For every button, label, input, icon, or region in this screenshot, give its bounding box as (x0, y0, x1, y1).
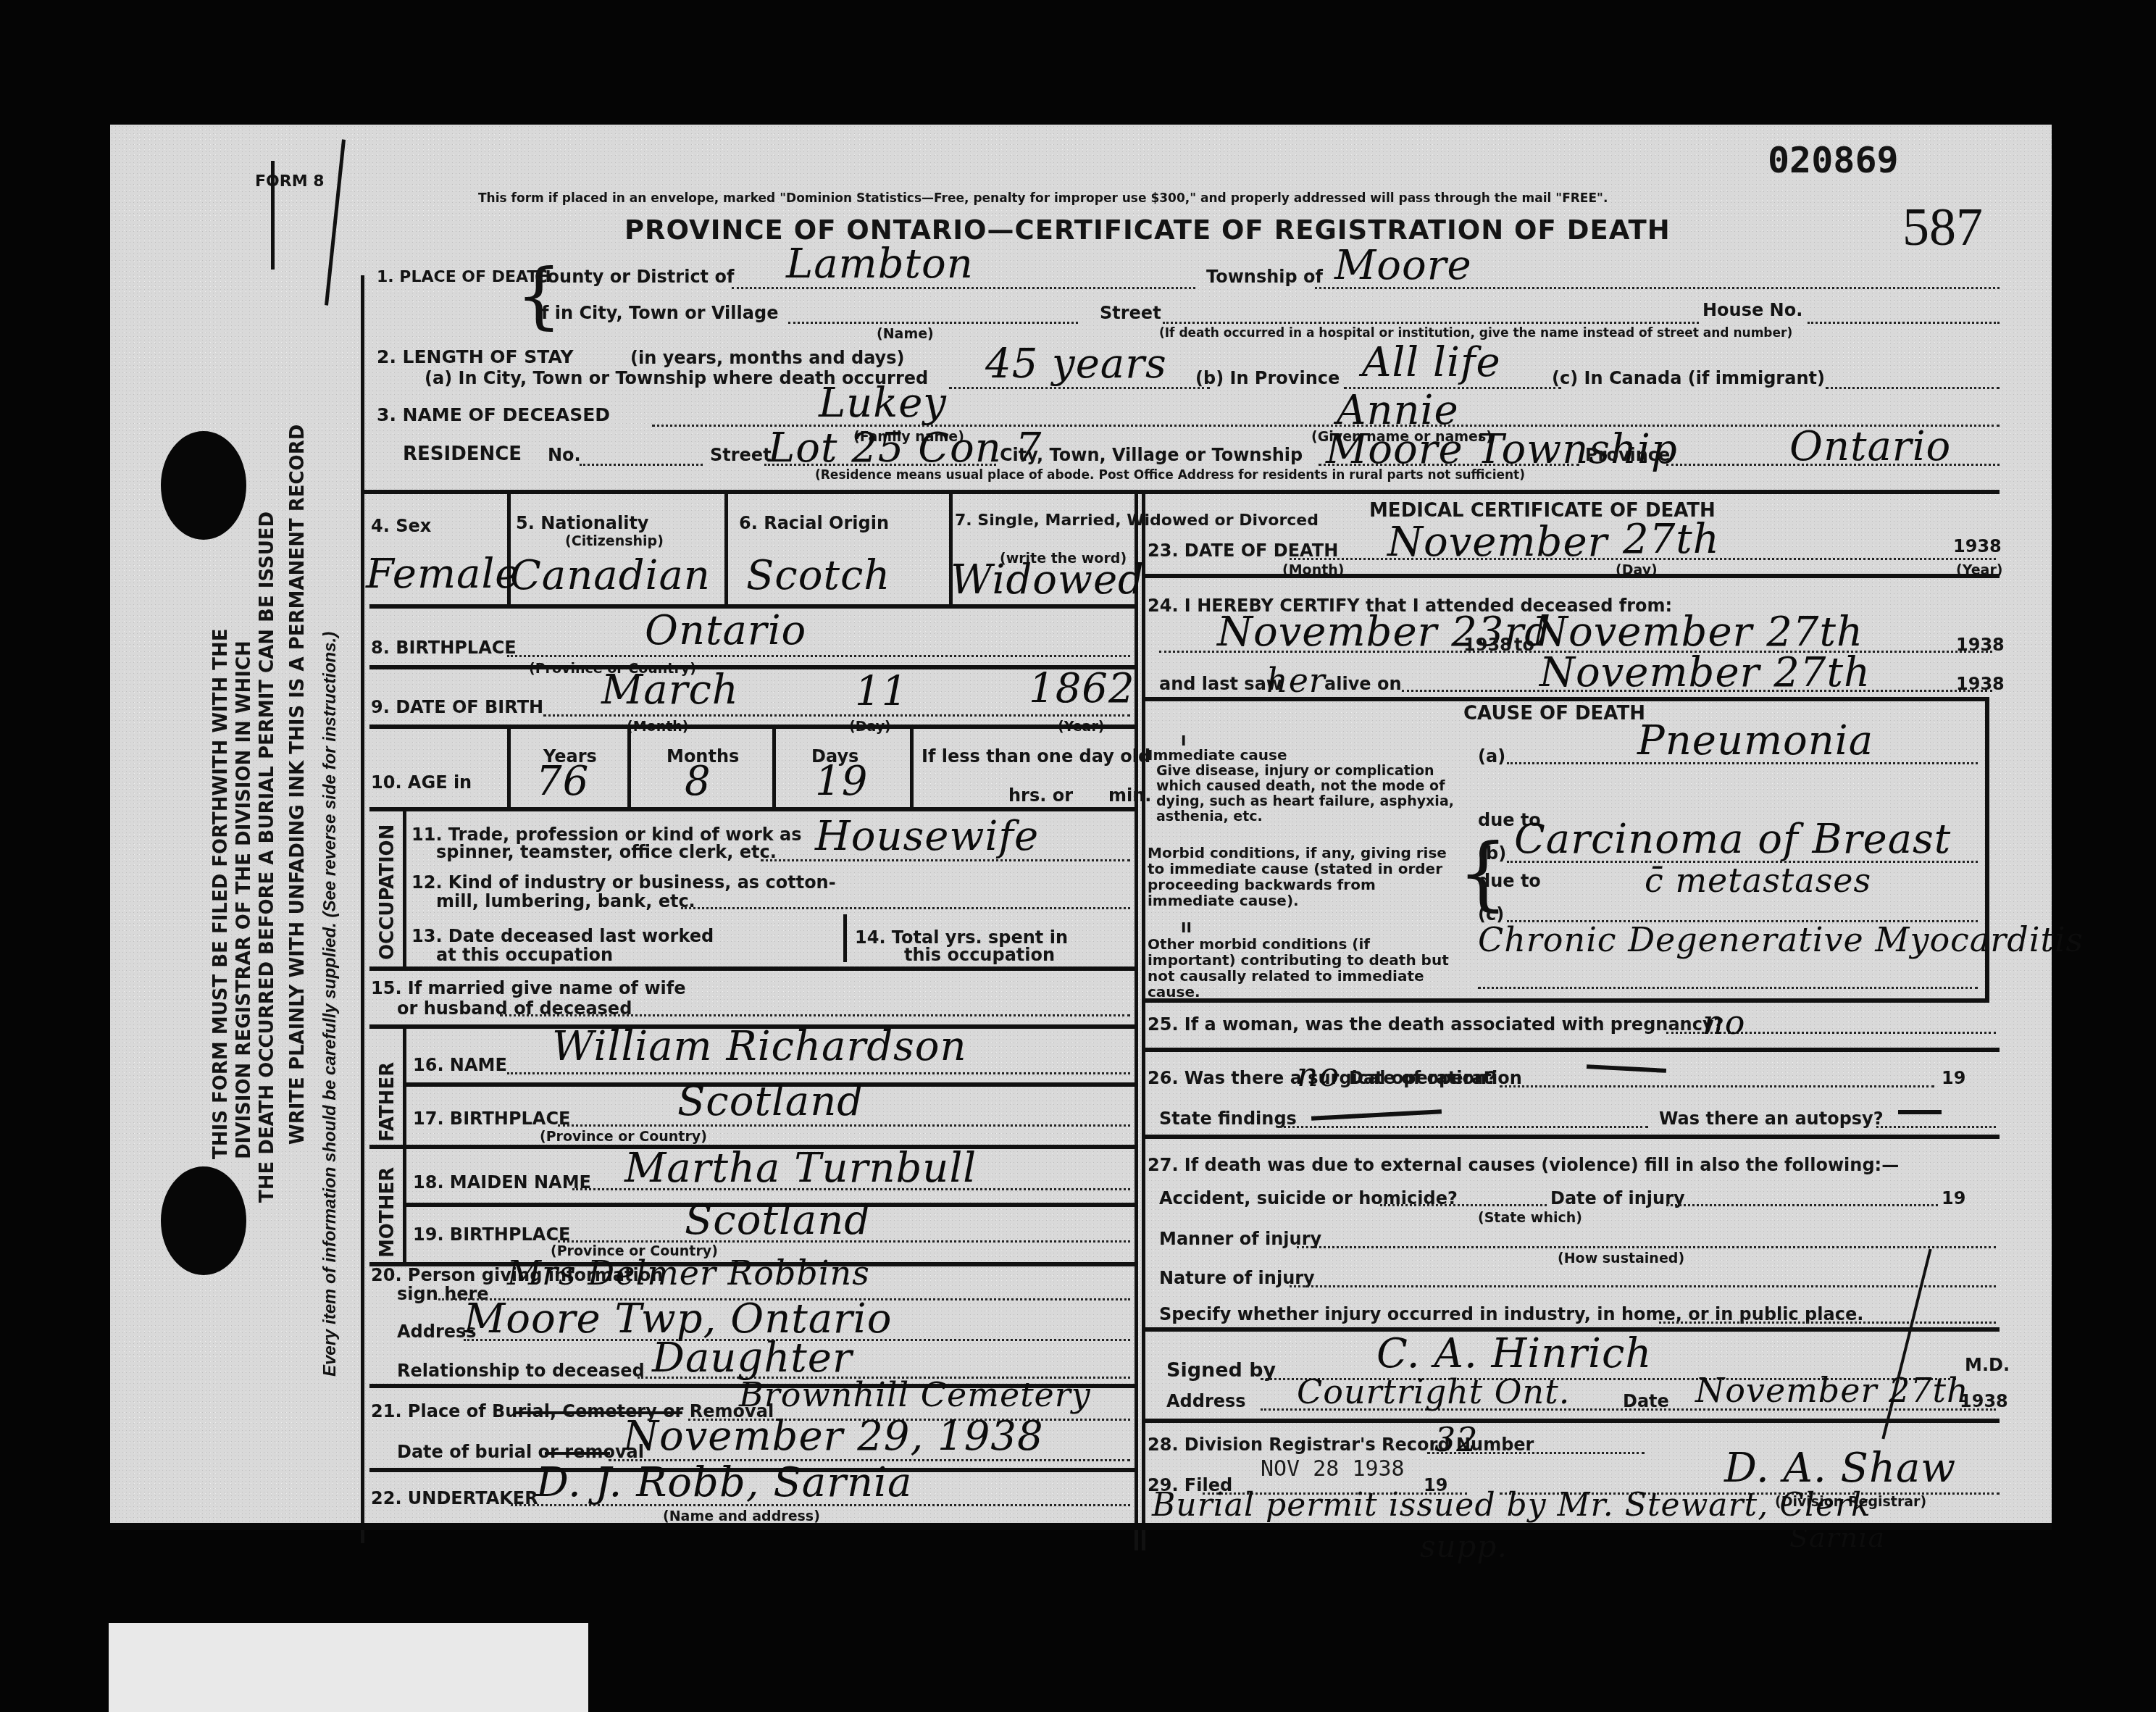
stay-province-label: (b) In Province (1195, 368, 1340, 388)
injury-year-prefix: 19 (1942, 1188, 1965, 1208)
residence-street-label: Street (710, 445, 772, 465)
row-divider (369, 966, 1135, 971)
operation-year-prefix: 19 (1942, 1068, 1965, 1088)
deceased-name-label: 3. NAME OF DECEASED (377, 404, 610, 425)
dod-year: 1938 (1953, 536, 2002, 556)
page-number: 587 (1902, 197, 1983, 259)
father-birthplace-value: Scotland (677, 1078, 864, 1125)
section-divider (361, 490, 2000, 494)
alive-on-label: alive on (1324, 674, 1402, 694)
serial-number: 020869 (1768, 139, 1899, 181)
box-divider (627, 727, 631, 807)
box-divider (403, 811, 406, 967)
attended-from-year: 1938 (1463, 635, 1512, 655)
burial-permit-note: Burial permit issued by Mr. Stewart, Cle… (1152, 1487, 1871, 1524)
deceased-family-name: Lukey (819, 380, 947, 427)
spouse-line (500, 1014, 1130, 1016)
dob-label: 9. DATE OF BIRTH (371, 697, 543, 717)
column-divider (1135, 493, 1138, 1550)
nationality-label: 5. Nationality (516, 513, 649, 533)
stay-canada-line (1826, 387, 2000, 389)
stay-city-value: 45 years (985, 341, 1167, 388)
punch-hole-bottom (161, 1166, 246, 1275)
filed-date-stamp: NOV 28 1938 (1261, 1456, 1405, 1482)
racial-origin-label: 6. Racial Origin (739, 513, 889, 533)
length-of-stay-label: 2. LENGTH OF STAY (377, 346, 574, 367)
autopsy-label: Was there an autopsy? (1659, 1108, 1884, 1129)
residence-province-value: Ontario (1789, 423, 1951, 470)
dob-line (543, 714, 1130, 717)
residence-city-label: City, Town, Village or Township (1000, 445, 1303, 465)
row-divider (1145, 1048, 2000, 1052)
residence-label: RESIDENCE (403, 443, 522, 465)
signed-by-label: Signed by (1166, 1359, 1276, 1382)
last-worked-label-1: 13. Date deceased last worked (411, 926, 714, 946)
residence-hint: (Residence means usual place of abode. P… (815, 468, 1525, 483)
state-which-hint: (State which) (1478, 1210, 1582, 1226)
trade-label-2: spinner, teamster, office clerk, etc. (436, 842, 777, 862)
age-days-value: 19 (815, 758, 868, 805)
burial-date-value: November 29, 1938 (623, 1413, 1044, 1460)
last-saw-label: and last saw (1159, 674, 1282, 694)
scan-edge (110, 1523, 2052, 1530)
mother-birthplace-value: Scotland (685, 1197, 871, 1244)
specify-line (1659, 1321, 1996, 1324)
residence-no-label: No. (548, 445, 581, 465)
row-divider (1145, 1419, 2000, 1423)
occupation-side-label: OCCUPATION (377, 824, 398, 960)
check-mark-stroke (271, 161, 275, 270)
city-label: If in City, Town or Village (535, 303, 778, 323)
operation-date-label: Date of operation (1349, 1068, 1522, 1088)
findings-line (1279, 1126, 1648, 1128)
box-divider (910, 727, 914, 807)
age-label: 10. AGE in (371, 772, 472, 793)
box-divider (843, 914, 847, 962)
stay-province-value: All life (1362, 339, 1501, 386)
relationship-label: Relationship to deceased (397, 1361, 645, 1381)
industry-label-1: 12. Kind of industry or business, as cot… (411, 872, 836, 893)
strikethrough (545, 1452, 610, 1455)
burial-place-value: Brownhill Cemetery (739, 1375, 1091, 1414)
signed-by-value: C. A. Hinrich (1376, 1330, 1652, 1377)
box-divider (403, 1149, 406, 1265)
mother-birthplace-label: 19. BIRTHPLACE (413, 1224, 570, 1245)
informant-signature: Mrs Delmer Robbins (507, 1253, 870, 1293)
age-hours-label: hrs. or (1008, 785, 1073, 806)
township-value: Moore (1334, 242, 1472, 289)
punch-hole-top (161, 431, 246, 540)
row-divider (369, 807, 1135, 811)
other-conditions-hint: Other morbid conditions (if important) c… (1148, 936, 1452, 1000)
house-no-label: House No. (1702, 300, 1802, 320)
alive-on-value: November 27th (1539, 649, 1871, 696)
street-line (1163, 322, 1699, 324)
pregnancy-value: no (1702, 1003, 1745, 1042)
form-label: FORM 8 (255, 172, 325, 191)
county-value: Lambton (786, 241, 974, 288)
doctor-date-value: November 27th (1695, 1371, 1969, 1410)
industry-line (681, 907, 1130, 909)
city-line (788, 322, 1078, 324)
alive-on-year: 1938 (1956, 674, 2005, 694)
township-label: Township of (1206, 267, 1323, 287)
mail-notice: This form if placed in an envelope, mark… (478, 191, 1608, 206)
autopsy-line (1876, 1126, 1996, 1128)
column-divider-inner (1142, 493, 1145, 1550)
stay-canada-label: (c) In Canada (if immigrant) (1552, 368, 1825, 388)
morbid-hint: Morbid conditions, if any, giving rise t… (1148, 845, 1452, 909)
place-of-death-label: 1. PLACE OF DEATH (377, 268, 464, 287)
side-text-line5: Every item of information should be care… (320, 632, 340, 1377)
name-hint: (Name) (877, 326, 934, 342)
box-divider (772, 727, 776, 807)
doctor-date-label: Date (1623, 1391, 1669, 1411)
father-name-label: 16. NAME (413, 1055, 507, 1075)
nationality-value: Canadian (510, 552, 711, 599)
side-text-line3: THE DEATH OCCURRED BEFORE A BURIAL PERMI… (256, 511, 278, 1203)
length-of-stay-hint: (in years, months and days) (630, 348, 904, 368)
manner-line (1297, 1246, 1996, 1248)
side-text-line4: WRITE PLAINLY WITH UNFADING INK THIS IS … (287, 425, 309, 1145)
age-months-value: 8 (685, 758, 711, 805)
last-saw-value: her (1266, 661, 1326, 700)
dob-year: 1862 (1029, 665, 1135, 712)
doctor-address-value: Courtright Ont. (1297, 1372, 1570, 1411)
county-label: County or District of (535, 267, 734, 287)
surgery-value: no (1297, 1055, 1340, 1094)
immediate-title: Immediate cause (1148, 746, 1287, 764)
undertaker-hint: (Name and address) (663, 1508, 820, 1524)
cause-a-label: (a) (1478, 746, 1505, 767)
dob-month: March (601, 667, 739, 714)
sex-value: Female (366, 551, 519, 598)
doctor-date-year: 1938 (1960, 1391, 2008, 1411)
injury-date-line (1666, 1204, 1938, 1206)
total-years-label-2: this occupation (904, 945, 1055, 965)
findings-label: State findings (1159, 1108, 1297, 1129)
dash-mark (1898, 1110, 1942, 1114)
house-no-line (1808, 322, 2000, 324)
father-name-line (507, 1072, 1130, 1074)
spouse-label-1: 15. If married give name of wife (371, 978, 686, 998)
dod-month: November (1387, 519, 1608, 566)
accident-line (1380, 1204, 1547, 1206)
external-causes-label: 27. If death was due to external causes … (1148, 1155, 1899, 1175)
doctor-address-label: Address (1166, 1391, 1246, 1411)
last-worked-label-2: at this occupation (436, 945, 613, 965)
record-number-value: 32 (1434, 1420, 1479, 1459)
box-divider (507, 727, 511, 807)
row-divider (369, 725, 1135, 729)
other-conditions-value: Chronic Degenerative Myocarditis (1478, 920, 2084, 959)
nationality-hint: (Citizenship) (565, 533, 664, 549)
hospital-hint: (If death occurred in a hospital or inst… (1159, 326, 1792, 341)
undertaker-value: D. J. Robb, Sarnia (536, 1459, 912, 1506)
side-text-line1: THIS FORM MUST BE FILED FORTHWITH WITH T… (210, 628, 232, 1159)
immediate-hint: Give disease, injury or complication whi… (1156, 764, 1461, 824)
marital-status-label: 7. Single, Married, Widowed or Divorced (955, 511, 1136, 530)
box-divider (403, 1029, 406, 1148)
operation-date-line (1500, 1085, 1934, 1087)
md-label: M.D. (1965, 1355, 2010, 1375)
mother-maiden-label: 18. MAIDEN NAME (413, 1172, 591, 1193)
cause-a-value: Pneumonia (1637, 717, 1873, 764)
cause-b-value: Carcinoma of Breast (1514, 816, 1951, 863)
nature-line (1290, 1285, 1996, 1287)
row-divider (1145, 574, 2000, 578)
row-divider (369, 665, 1135, 669)
industry-label-2: mill, lumbering, bank, etc. (436, 891, 695, 911)
residence-no-line (580, 464, 703, 466)
father-birthplace-hint: (Province or Country) (540, 1129, 707, 1145)
mother-side-label: MOTHER (377, 1167, 398, 1258)
due-to-label-2: due to (1478, 871, 1541, 891)
how-sustained-hint: (How sustained) (1558, 1250, 1684, 1266)
attended-to-year: 1938 (1956, 635, 2005, 655)
injury-date-label: Date of injury (1550, 1188, 1685, 1208)
scan-leader-strip (109, 1623, 588, 1712)
row-divider (1145, 1135, 2000, 1139)
side-text-line2: DIVISION REGISTRAR OF THE DIVISION IN WH… (233, 640, 255, 1159)
attended-to-label: to (1514, 635, 1534, 655)
trade-value: Housewife (815, 813, 1039, 860)
dod-day: 27th (1623, 516, 1720, 563)
marital-status-value: Widowed (950, 556, 1145, 604)
other-conditions-line (1478, 987, 1978, 989)
birthplace-line (507, 655, 1130, 657)
birthplace-label: 8. BIRTHPLACE (371, 638, 517, 658)
dob-day: 11 (855, 668, 908, 715)
age-years-value: 76 (536, 758, 589, 805)
burial-permit-note-supp: supp. (1420, 1529, 1508, 1564)
certificate-title: PROVINCE OF ONTARIO—CERTIFICATE OF REGIS… (624, 214, 1671, 246)
mother-maiden-value: Martha Turnbull (624, 1145, 977, 1192)
residence-province-label: Province (1585, 445, 1670, 465)
cause-header: CAUSE OF DEATH (1463, 703, 1645, 725)
birthplace-value: Ontario (645, 607, 806, 654)
cause-b-label: (b) (1478, 843, 1506, 864)
cause-b2-value: c̄ metastases (1645, 861, 1871, 900)
pregnancy-label: 25. If a woman, was the death associated… (1148, 1014, 1723, 1035)
section-ii-label: II (1181, 919, 1192, 936)
street-label: Street (1100, 303, 1161, 323)
sex-label: 4. Sex (371, 516, 431, 536)
age-less-label: If less than one day old (922, 746, 1150, 767)
registrar-signature: D. A. Shaw (1724, 1445, 1956, 1492)
father-side-label: FATHER (377, 1062, 398, 1142)
box-divider (724, 494, 728, 606)
father-birthplace-label: 17. BIRTHPLACE (413, 1108, 570, 1129)
form-border-left (361, 275, 364, 1543)
racial-origin-value: Scotch (746, 552, 890, 599)
father-name-value: William Richardson (552, 1023, 967, 1070)
